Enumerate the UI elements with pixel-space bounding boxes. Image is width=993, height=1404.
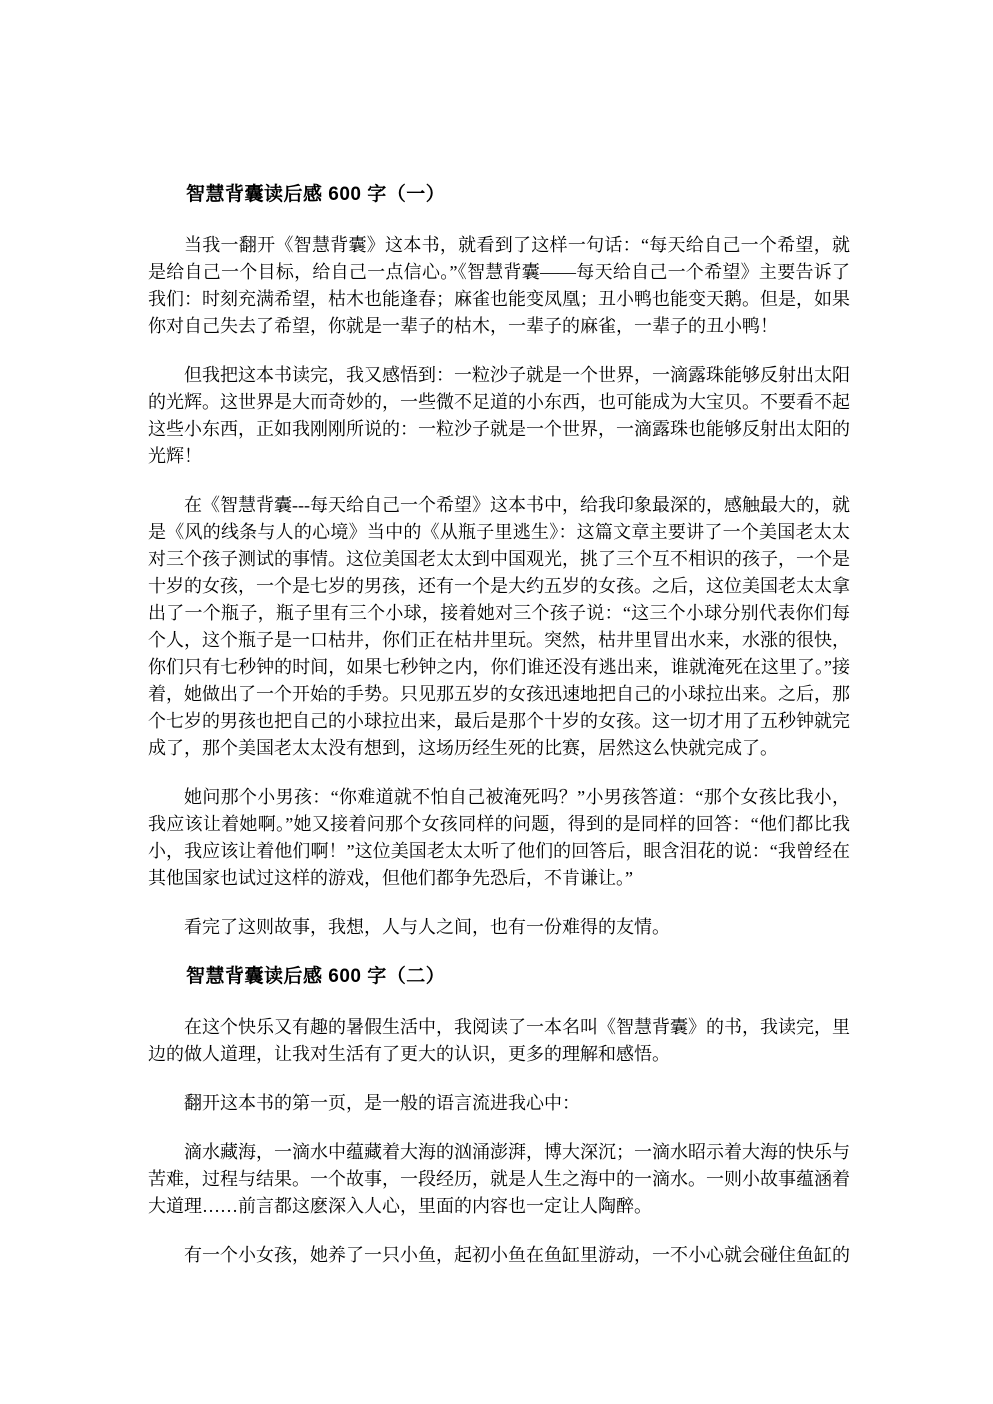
paragraph: 在这个快乐又有趣的暑假生活中，我阅读了一本名叫《智慧背囊》的书，我读完，里边的做… (148, 1014, 850, 1068)
paragraph: 她问那个小男孩：“你难道就不怕自己被淹死吗？”小男孩答道：“那个女孩比我小，我应… (148, 784, 850, 892)
essay-section-1: 智慧背囊读后感 600 字（一） 当我一翻开《智慧背囊》这本书，就看到了这样一句… (148, 181, 850, 941)
paragraph: 滴水藏海，一滴水中蕴藏着大海的汹涌澎湃，博大深沉；一滴水昭示着大海的快乐与苦难，… (148, 1139, 850, 1220)
paragraph: 有一个小女孩，她养了一只小鱼，起初小鱼在鱼缸里游动，一不小心就会碰住鱼缸的 (148, 1242, 850, 1269)
paragraph: 当我一翻开《智慧背囊》这本书，就看到了这样一句话：“每天给自己一个希望，就是给自… (148, 232, 850, 340)
essay-1-heading: 智慧背囊读后感 600 字（一） (148, 181, 850, 208)
document-page: 智慧背囊读后感 600 字（一） 当我一翻开《智慧背囊》这本书，就看到了这样一句… (0, 0, 993, 1404)
paragraph: 看完了这则故事，我想，人与人之间，也有一份难得的友情。 (148, 914, 850, 941)
paragraph: 但我把这本书读完，我又感悟到：一粒沙子就是一个世界，一滴露珠能够反射出太阳的光辉… (148, 362, 850, 470)
paragraph: 在《智慧背囊---每天给自己一个希望》这本书中，给我印象最深的，感触最大的，就是… (148, 492, 850, 762)
paragraph: 翻开这本书的第一页，是一般的语言流进我心中： (148, 1090, 850, 1117)
essay-section-2: 智慧背囊读后感 600 字（二） 在这个快乐又有趣的暑假生活中，我阅读了一本名叫… (148, 963, 850, 1269)
essay-2-heading: 智慧背囊读后感 600 字（二） (148, 963, 850, 990)
